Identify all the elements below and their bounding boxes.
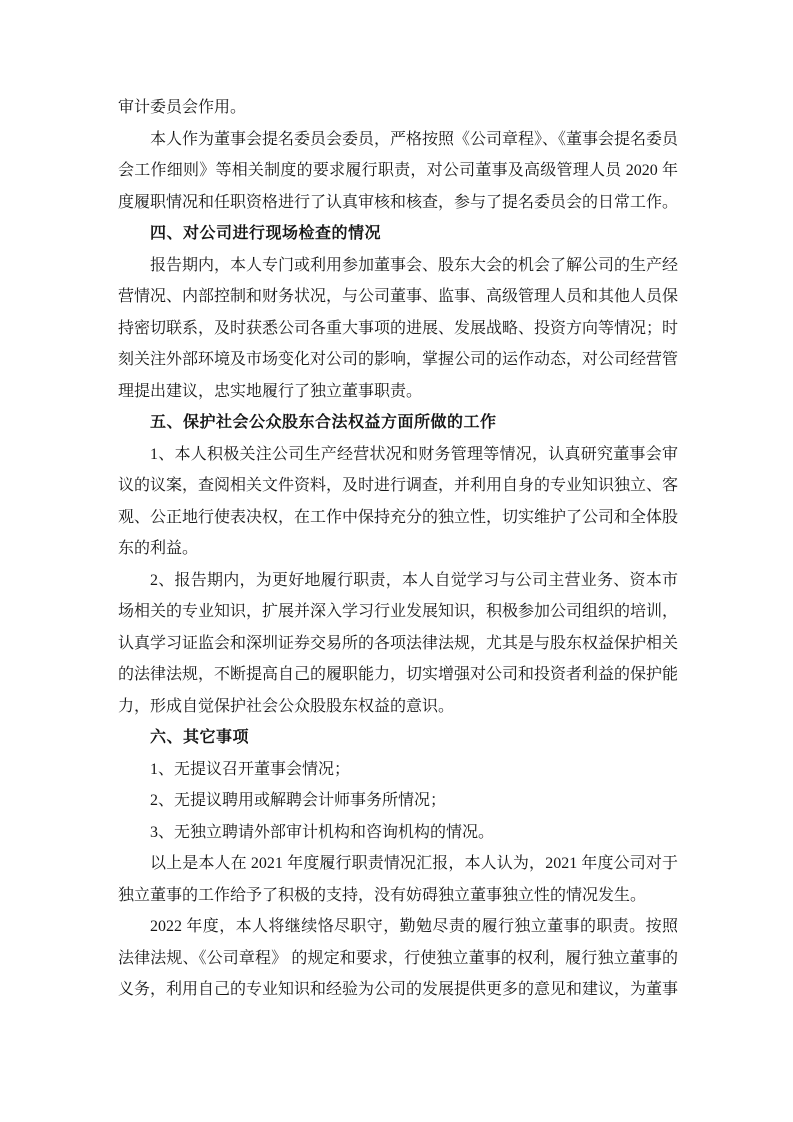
section-heading: 六、其它事项 xyxy=(118,722,678,754)
paragraph: 2、报告期内，为更好地履行职责，本人自觉学习与公司主营业务、资本市场相关的专业知… xyxy=(118,565,678,723)
document-page: 审计委员会作用。本人作为董事会提名委员会委员，严格按照《公司章程》、《董事会提名… xyxy=(0,0,793,1122)
paragraph: 1、无提议召开董事会情况； xyxy=(118,754,678,786)
paragraph: 1、本人积极关注公司生产经营状况和财务管理等情况，认真研究董事会审议的议案，查阅… xyxy=(118,439,678,565)
paragraph: 报告期内，本人专门或利用参加董事会、股东大会的机会了解公司的生产经营情况、内部控… xyxy=(118,250,678,408)
paragraph: 以上是本人在 2021 年度履行职责情况汇报，本人认为，2021 年度公司对于独… xyxy=(118,848,678,911)
document-body: 审计委员会作用。本人作为董事会提名委员会委员，严格按照《公司章程》、《董事会提名… xyxy=(118,92,678,1006)
paragraph: 审计委员会作用。 xyxy=(118,92,678,124)
paragraph: 本人作为董事会提名委员会委员，严格按照《公司章程》、《董事会提名委员会工作细则》… xyxy=(118,124,678,219)
paragraph: 3、无独立聘请外部审计机构和咨询机构的情况。 xyxy=(118,817,678,849)
section-heading: 五、保护社会公众股东合法权益方面所做的工作 xyxy=(118,407,678,439)
section-heading: 四、对公司进行现场检查的情况 xyxy=(118,218,678,250)
paragraph: 2、无提议聘用或解聘会计师事务所情况； xyxy=(118,785,678,817)
paragraph: 2022 年度，本人将继续恪尽职守，勤勉尽责的履行独立董事的职责。按照法律法规、… xyxy=(118,911,678,1006)
